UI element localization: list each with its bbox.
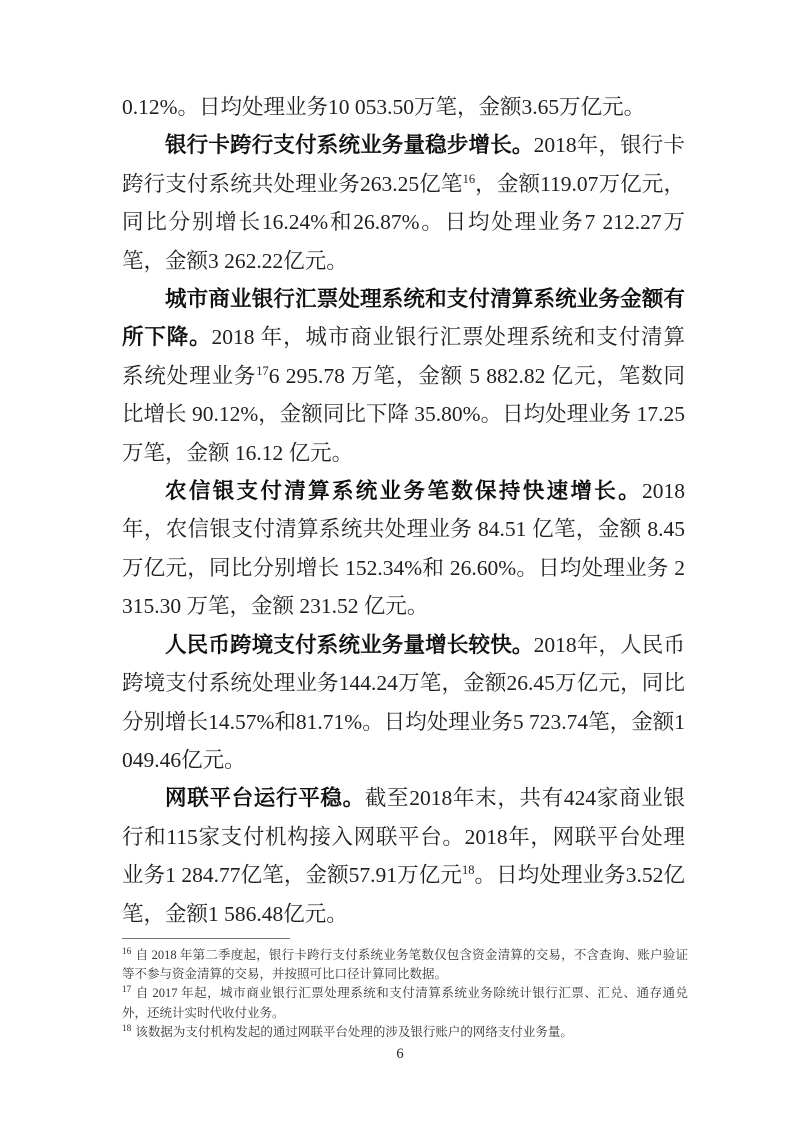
footnote-ref-18: 18 xyxy=(462,863,474,877)
document-page: 0.12%。日均处理业务10 053.50万笔，金额3.65万亿元。 银行卡跨行… xyxy=(0,0,800,1131)
footnote-text: 自 2017 年起，城市商业银行汇票处理系统和支付清算系统业务除统计银行汇票、汇… xyxy=(122,986,688,1019)
footnote-17: 17自 2017 年起，城市商业银行汇票处理系统和支付清算系统业务除统计银行汇票… xyxy=(122,984,688,1022)
footnote-text: 该数据为支付机构发起的通过网联平台处理的涉及银行账户的网络支付业务量。 xyxy=(135,1025,573,1039)
page-number: 6 xyxy=(0,1046,800,1063)
footnote-16: 16自 2018 年第二季度起，银行卡跨行支付系统业务笔数仅包含资金清算的交易，… xyxy=(122,946,688,984)
footnote-marker: 16 xyxy=(122,947,131,957)
paragraph-continuation: 0.12%。日均处理业务10 053.50万笔，金额3.65万亿元。 xyxy=(122,88,685,126)
paragraph-bankcard-interbank-system: 银行卡跨行支付系统业务量稳步增长。2018年，银行卡跨行支付系统共处理业务263… xyxy=(122,126,685,280)
footnote-marker: 18 xyxy=(122,1024,131,1034)
body-text-block: 0.12%。日均处理业务10 053.50万笔，金额3.65万亿元。 银行卡跨行… xyxy=(122,88,685,933)
footnote-18: 18该数据为支付机构发起的通过网联平台处理的涉及银行账户的网络支付业务量。 xyxy=(122,1023,688,1042)
paragraph-city-commercial-bank-system: 城市商业银行汇票处理系统和支付清算系统业务金额有所下降。2018 年，城市商业银… xyxy=(122,280,685,472)
footnote-ref-17: 17 xyxy=(256,364,268,378)
footnotes-section: 16自 2018 年第二季度起，银行卡跨行支付系统业务笔数仅包含资金清算的交易，… xyxy=(122,938,688,1042)
paragraph-netsunion-platform: 网联平台运行平稳。截至2018年末，共有424家商业银行和115家支付机构接入网… xyxy=(122,779,685,933)
paragraph-heading: 网联平台运行平稳。 xyxy=(165,786,365,810)
footnote-marker: 17 xyxy=(122,985,131,995)
paragraph-cips-system: 人民币跨境支付系统业务量增长较快。2018年，人民币跨境支付系统处理业务144.… xyxy=(122,626,685,780)
paragraph-heading: 银行卡跨行支付系统业务量稳步增长。 xyxy=(165,133,534,157)
paragraph-heading: 人民币跨境支付系统业务量增长较快。 xyxy=(165,633,534,657)
paragraph-rural-credit-banks-system: 农信银支付清算系统业务笔数保持快速增长。2018 年，农信银支付清算系统共处理业… xyxy=(122,472,685,626)
paragraph-heading: 农信银支付清算系统业务笔数保持快速增长。 xyxy=(165,479,642,503)
footnote-separator-line xyxy=(122,938,290,939)
paragraph-text: 0.12%。日均处理业务10 053.50万笔，金额3.65万亿元。 xyxy=(122,95,645,119)
footnote-text: 自 2018 年第二季度起，银行卡跨行支付系统业务笔数仅包含资金清算的交易，不含… xyxy=(122,948,688,981)
footnote-ref-16: 16 xyxy=(463,172,475,186)
